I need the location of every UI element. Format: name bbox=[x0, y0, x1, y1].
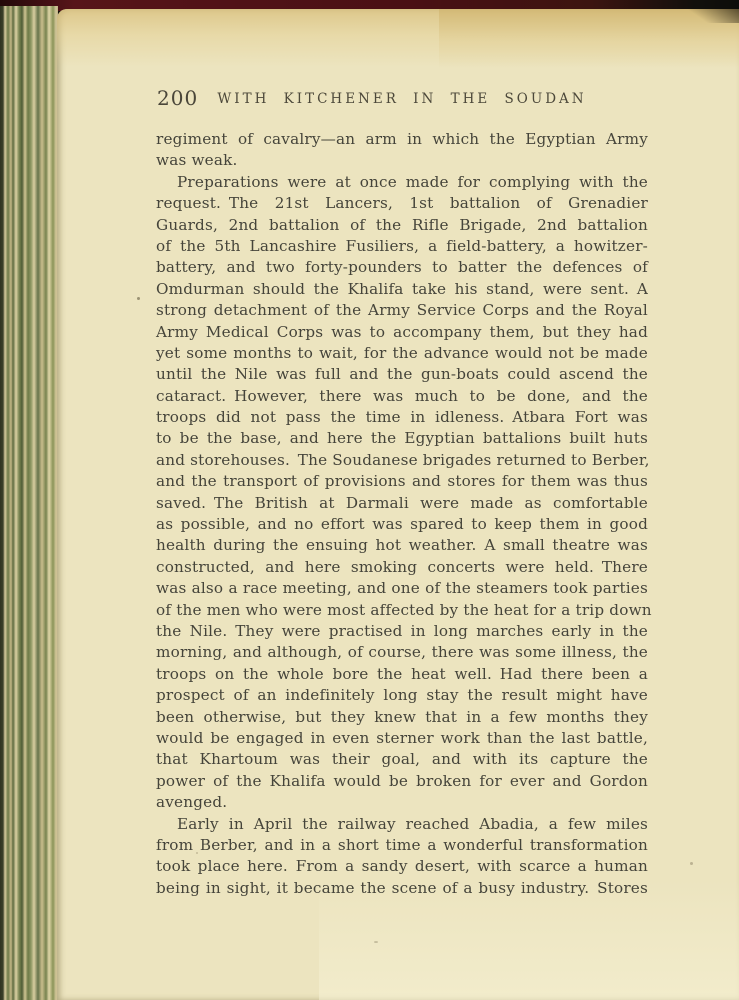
dust-speck bbox=[374, 941, 378, 943]
text-line: Early in April the railway reached Abadi… bbox=[156, 814, 648, 835]
text-line: from Berber, and in a short time a wonde… bbox=[156, 835, 648, 856]
dust-speck bbox=[137, 297, 140, 300]
text-line: was also a race meeting, and one of the … bbox=[156, 578, 648, 599]
scanned-book-photo: 200 WITH KITCHENER IN THE SOUDAN regimen… bbox=[0, 0, 739, 1000]
text-line: Omdurman should the Khalifa take his sta… bbox=[156, 279, 648, 300]
text-line: prospect of an indefinitely long stay th… bbox=[156, 685, 648, 706]
page-number: 200 bbox=[157, 86, 198, 110]
text-line: cataract. However, there was much to be … bbox=[156, 386, 648, 407]
text-line: Guards, 2nd battalion of the Rifle Briga… bbox=[156, 215, 648, 236]
text-line: to be the base, and here the Egyptian ba… bbox=[156, 428, 648, 449]
text-line: that Khartoum was their goal, and with i… bbox=[156, 749, 648, 770]
body-text: regiment of cavalry—an arm in which the … bbox=[156, 129, 648, 899]
printed-text-area: 200 WITH KITCHENER IN THE SOUDAN regimen… bbox=[156, 86, 648, 899]
text-line: troops did not pass the time in idleness… bbox=[156, 407, 648, 428]
running-title: WITH KITCHENER IN THE SOUDAN bbox=[156, 86, 648, 107]
text-line: constructed, and here smoking concerts w… bbox=[156, 557, 648, 578]
text-line: and the transport of provisions and stor… bbox=[156, 471, 648, 492]
text-line: the Nile. They were practised in long ma… bbox=[156, 621, 648, 642]
text-line: troops on the whole bore the heat well. … bbox=[156, 664, 648, 685]
dust-speck bbox=[196, 852, 198, 854]
text-line: morning, and although, of course, there … bbox=[156, 642, 648, 663]
text-line: would be engaged in even sterner work th… bbox=[156, 728, 648, 749]
text-line: as possible, and no effort was spared to… bbox=[156, 514, 648, 535]
text-line: battery, and two forty-pounders to batte… bbox=[156, 257, 648, 278]
text-line: and storehouses. The Soudanese brigades … bbox=[156, 450, 648, 471]
text-line: until the Nile was full and the gun-boat… bbox=[156, 364, 648, 385]
text-line: Army Medical Corps was to accompany them… bbox=[156, 322, 648, 343]
text-line: of the 5th Lancashire Fusiliers, a field… bbox=[156, 236, 648, 257]
text-line: of the men who were most affected by the… bbox=[156, 600, 648, 621]
text-line: was weak. bbox=[156, 150, 648, 171]
text-line: health during the ensuing hot weather. A… bbox=[156, 535, 648, 556]
page-corner-shadow bbox=[679, 9, 739, 23]
text-line: power of the Khalifa would be broken for… bbox=[156, 771, 648, 792]
text-line: avenged. bbox=[156, 792, 648, 813]
text-line: saved. The British at Darmali were made … bbox=[156, 493, 648, 514]
text-line: regiment of cavalry—an arm in which the … bbox=[156, 129, 648, 150]
text-line: strong detachment of the Army Service Co… bbox=[156, 300, 648, 321]
dust-speck bbox=[690, 862, 693, 865]
text-line: been otherwise, but they knew that in a … bbox=[156, 707, 648, 728]
text-line: request. The 21st Lancers, 1st battalion… bbox=[156, 193, 648, 214]
text-line: being in sight, it became the scene of a… bbox=[156, 878, 648, 899]
text-line: Preparations were at once made for compl… bbox=[156, 172, 648, 193]
book-page-edges bbox=[0, 6, 58, 1000]
text-line: yet some months to wait, for the advance… bbox=[156, 343, 648, 364]
page-header: 200 WITH KITCHENER IN THE SOUDAN bbox=[156, 86, 648, 110]
text-line: took place here. From a sandy desert, wi… bbox=[156, 856, 648, 877]
